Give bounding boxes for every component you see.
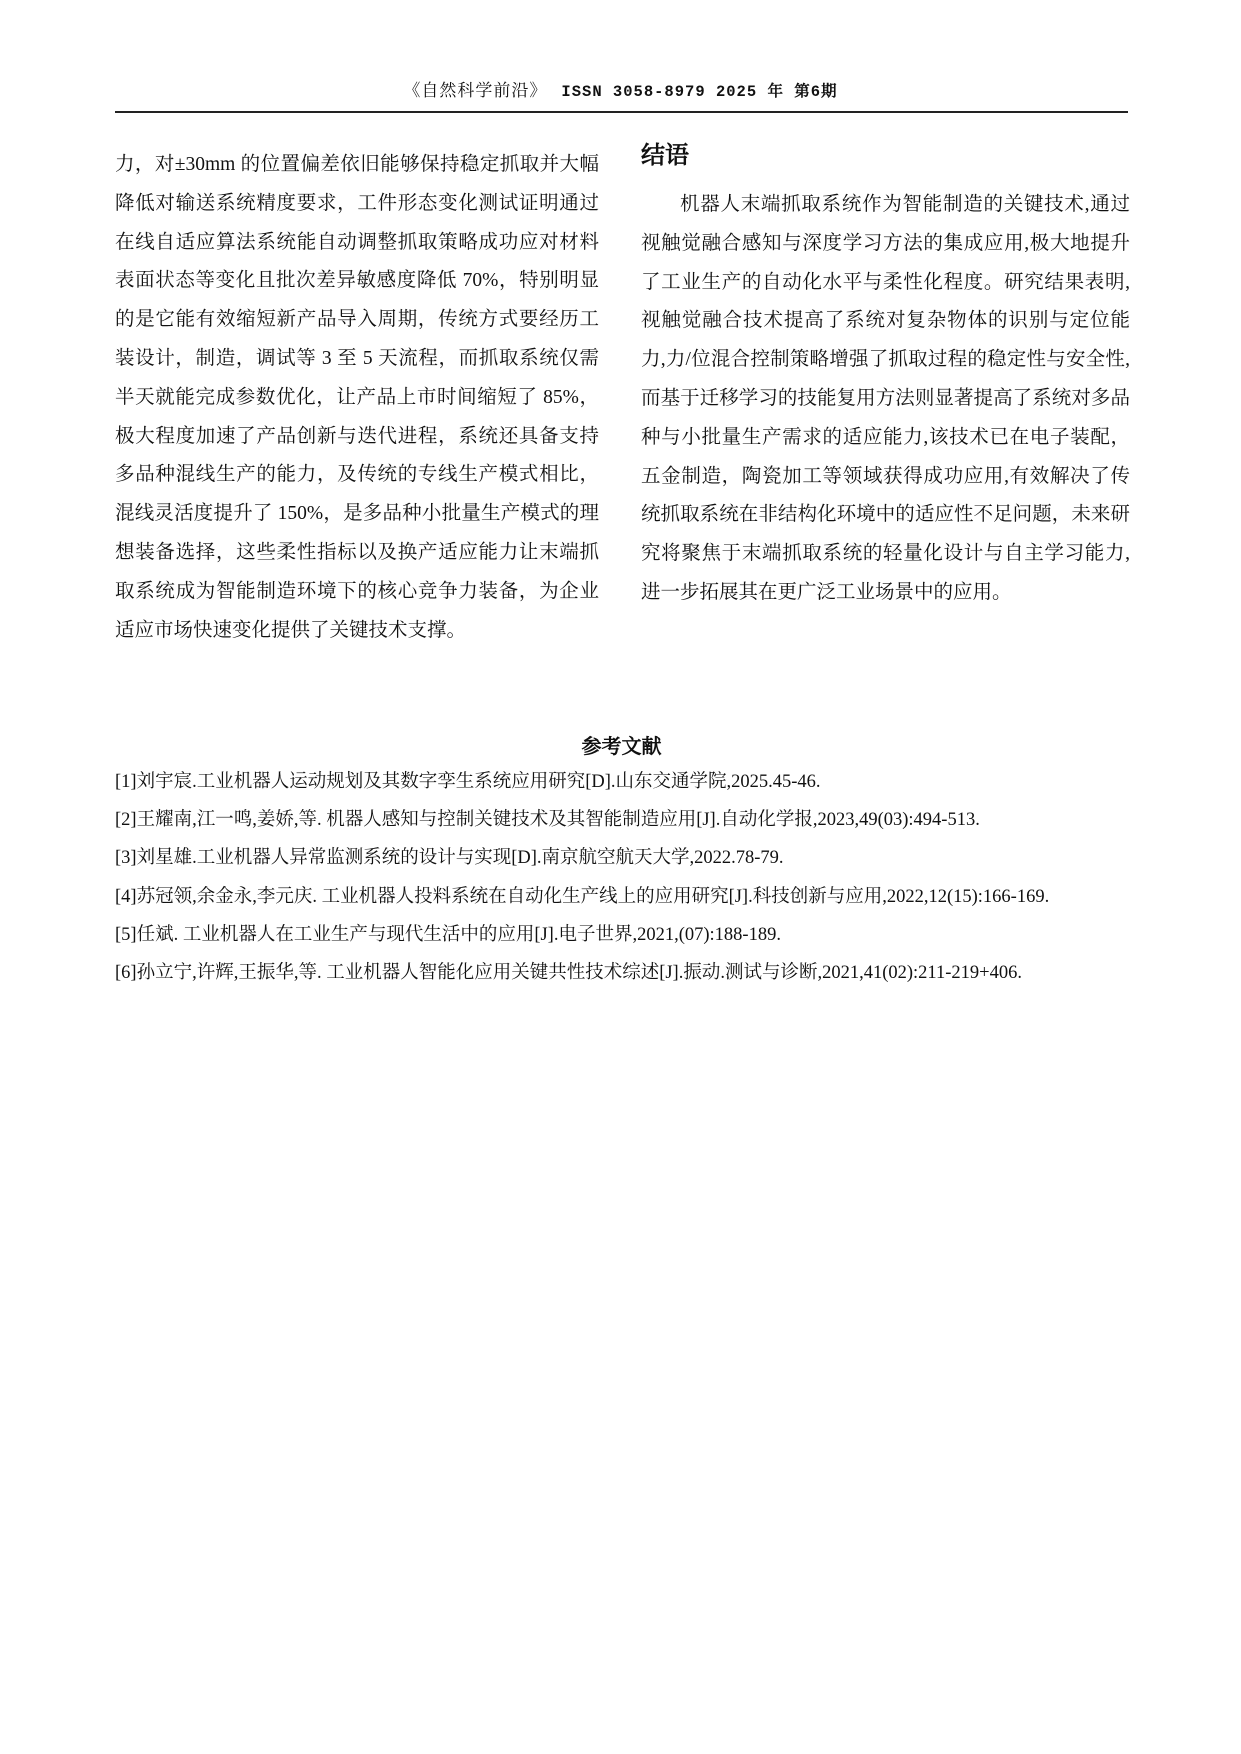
reference-item: [2]王耀南,江一鸣,姜娇,等. 机器人感知与控制关键技术及其智能制造应用[J]… [115, 801, 1129, 839]
body-column-right: 结语 机器人末端抓取系统作为智能制造的关键技术,通过视触觉融合感知与深度学习方法… [641, 142, 1130, 650]
journal-page: 《自然科学前沿》ISSN 3058-8979 2025 年 第6期 力，对±30… [0, 0, 1241, 1754]
body-paragraph: 力，对±30mm 的位置偏差依旧能够保持稳定抓取并大幅降低对输送系统精度要求，工… [115, 146, 599, 650]
journal-header: 《自然科学前沿》ISSN 3058-8979 2025 年 第6期 [0, 76, 1241, 101]
body-column-left: 力，对±30mm 的位置偏差依旧能够保持稳定抓取并大幅降低对输送系统精度要求，工… [115, 142, 599, 650]
journal-title: 《自然科学前沿》 [403, 81, 547, 100]
conclusion-heading: 结语 [641, 142, 1130, 170]
body-columns: 力，对±30mm 的位置偏差依旧能够保持稳定抓取并大幅降低对输送系统精度要求，工… [115, 142, 1130, 650]
references-list: [1]刘宇宸.工业机器人运动规划及其数字孪生系统应用研究[D].山东交通学院,2… [115, 763, 1129, 992]
header-divider [115, 111, 1128, 113]
reference-item: [1]刘宇宸.工业机器人运动规划及其数字孪生系统应用研究[D].山东交通学院,2… [115, 763, 1129, 801]
reference-item: [3]刘星雄.工业机器人异常监测系统的设计与实现[D].南京航空航天大学,202… [115, 839, 1129, 877]
conclusion-paragraph: 机器人末端抓取系统作为智能制造的关键技术,通过视触觉融合感知与深度学习方法的集成… [641, 186, 1130, 613]
reference-item: [6]孙立宁,许辉,王振华,等. 工业机器人智能化应用关键共性技术综述[J].振… [115, 954, 1129, 992]
reference-item: [5]任斌. 工业机器人在工业生产与现代生活中的应用[J].电子世界,2021,… [115, 916, 1129, 954]
issue-info: ISSN 3058-8979 2025 年 第6期 [561, 83, 837, 101]
reference-item: [4]苏冠领,余金永,李元庆. 工业机器人投料系统在自动化生产线上的应用研究[J… [115, 878, 1129, 916]
references-heading: 参考文献 [115, 735, 1128, 759]
